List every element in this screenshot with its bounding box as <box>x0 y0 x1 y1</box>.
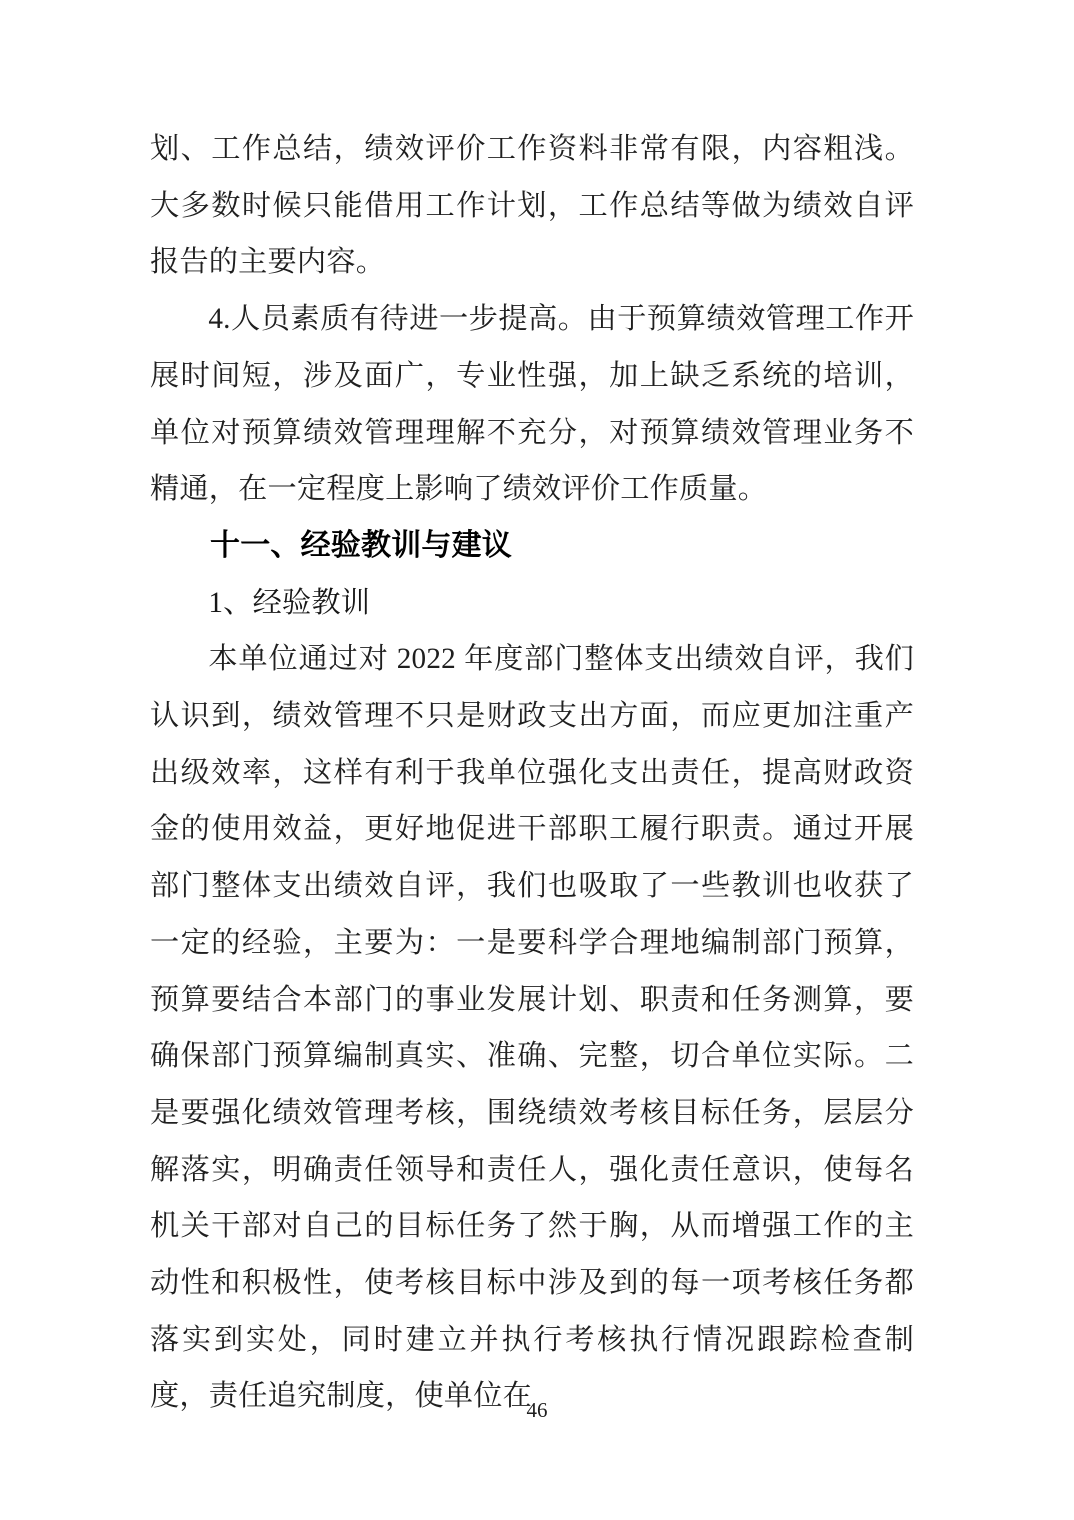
section-heading: 十一、经验教训与建议 <box>150 518 914 575</box>
paragraph: 4.人员素质有待进一步提高。由于预算绩效管理工作开展时间短，涉及面广，专业性强，… <box>150 291 914 518</box>
document-page: 划、工作总结，绩效评价工作资料非常有限，内容粗浅。大多数时候只能借用工作计划，工… <box>0 0 1074 1520</box>
paragraph: 本单位通过对 2022 年度部门整体支出绩效自评，我们认识到，绩效管理不只是财政… <box>150 631 914 1425</box>
page-footer: 46 <box>0 1398 1074 1423</box>
paragraph-continuation: 划、工作总结，绩效评价工作资料非常有限，内容粗浅。大多数时候只能借用工作计划，工… <box>150 121 914 291</box>
subsection-heading: 1、经验教训 <box>150 575 914 632</box>
document-body: 划、工作总结，绩效评价工作资料非常有限，内容粗浅。大多数时候只能借用工作计划，工… <box>150 121 914 1425</box>
page-number: 46 <box>527 1398 548 1422</box>
